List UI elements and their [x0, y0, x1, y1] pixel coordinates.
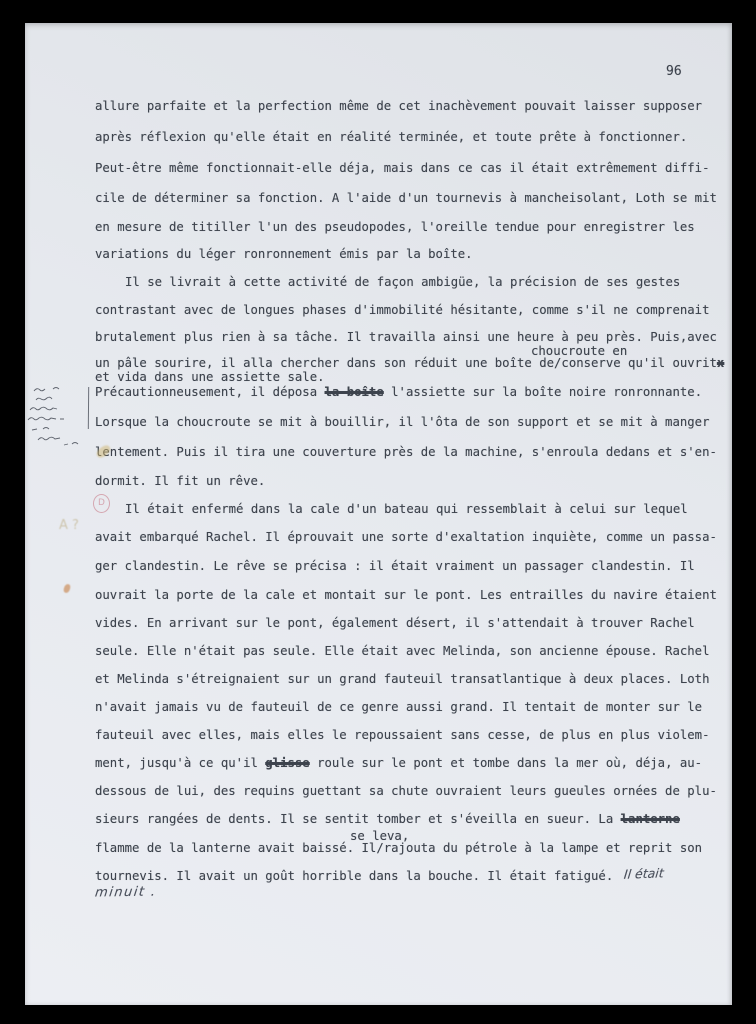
typescript-line: allure parfaite et la perfection même de… [95, 100, 702, 113]
typescript-line: Il était enfermé dans la cale d'un batea… [125, 503, 688, 516]
typescript-line: n'avait jamais vu de fauteuil de ce genr… [95, 701, 702, 714]
typescript-line: contrastant avec de longues phases d'imm… [95, 304, 709, 317]
handwritten-margin-note [26, 385, 88, 455]
typescript-line: tournevis. Il avait un goût horrible dan… [95, 870, 613, 883]
typescript-line: fauteuil avec elles, mais elles le repou… [95, 729, 709, 742]
struck-out-text: lanterne [621, 812, 680, 826]
typescript-line: lentement. Puis il tira une couverture p… [95, 446, 717, 459]
typescript-line: Il se livrait à cette activité de façon … [125, 276, 680, 289]
handwritten-end-note-part1: Il était [623, 865, 664, 881]
typescript-line: sieurs rangées de dents. Il se sentit to… [95, 813, 680, 826]
typescript-line: Peut-être même fonctionnait-elle déja, m… [95, 162, 709, 175]
typescript-line: variations du léger ronronnement émis pa… [95, 248, 473, 261]
handwritten-end-note-part2: minuit . [94, 884, 158, 900]
typescript-line: un pâle sourire, il alla chercher dans s… [95, 357, 724, 370]
typescript-line: cile de déterminer sa fonction. A l'aide… [95, 192, 717, 205]
typescript-line: en mesure de titiller l'un des pseudopod… [95, 221, 695, 234]
typescript-line: dessous de lui, des requins guettant sa … [95, 785, 717, 798]
typescript-line: ouvrait la porte de la cale et montait s… [95, 589, 717, 602]
typescript-line: après réflexion qu'elle était en réalité… [95, 131, 687, 144]
typescript-line: Précautionneusement, il déposa la boîte … [95, 386, 702, 399]
struck-out-text: glisse [265, 756, 309, 770]
scanned-page-background: { "page": { "number": "96" }, "colors": … [0, 0, 756, 1024]
typescript-line: flamme de la lanterne avait baissé. Il/r… [95, 842, 702, 855]
page-number: 96 [666, 64, 682, 79]
typescript-line: et vida dans une assiette sale. [95, 371, 325, 384]
red-circled-paragraph-mark: D [93, 494, 110, 513]
typescript-line: dormit. Il fit un rêve. [95, 475, 265, 488]
typescript-line: avait embarqué Rachel. Il éprouvait une … [95, 531, 717, 544]
struck-out-text: x [717, 356, 724, 370]
typescript-line: Lorsque la choucroute se mit à bouillir,… [95, 416, 709, 429]
struck-out-text: la boîte [325, 385, 384, 399]
typescript-line: ment, jusqu'à ce qu'il glisse roule sur … [95, 757, 702, 770]
typescript-line: ger clandestin. Le rêve se précisa : il … [95, 560, 695, 573]
typescript-line: brutalement plus rien à sa tâche. Il tra… [95, 331, 717, 344]
typescript-line: seule. Elle n'était pas seule. Elle étai… [95, 645, 709, 658]
typescript-line: vides. En arrivant sur le pont, égalemen… [95, 617, 695, 630]
typescript-line: et Melinda s'étreignaient sur un grand f… [95, 673, 709, 686]
faint-yellow-marks: A ? [59, 518, 89, 546]
